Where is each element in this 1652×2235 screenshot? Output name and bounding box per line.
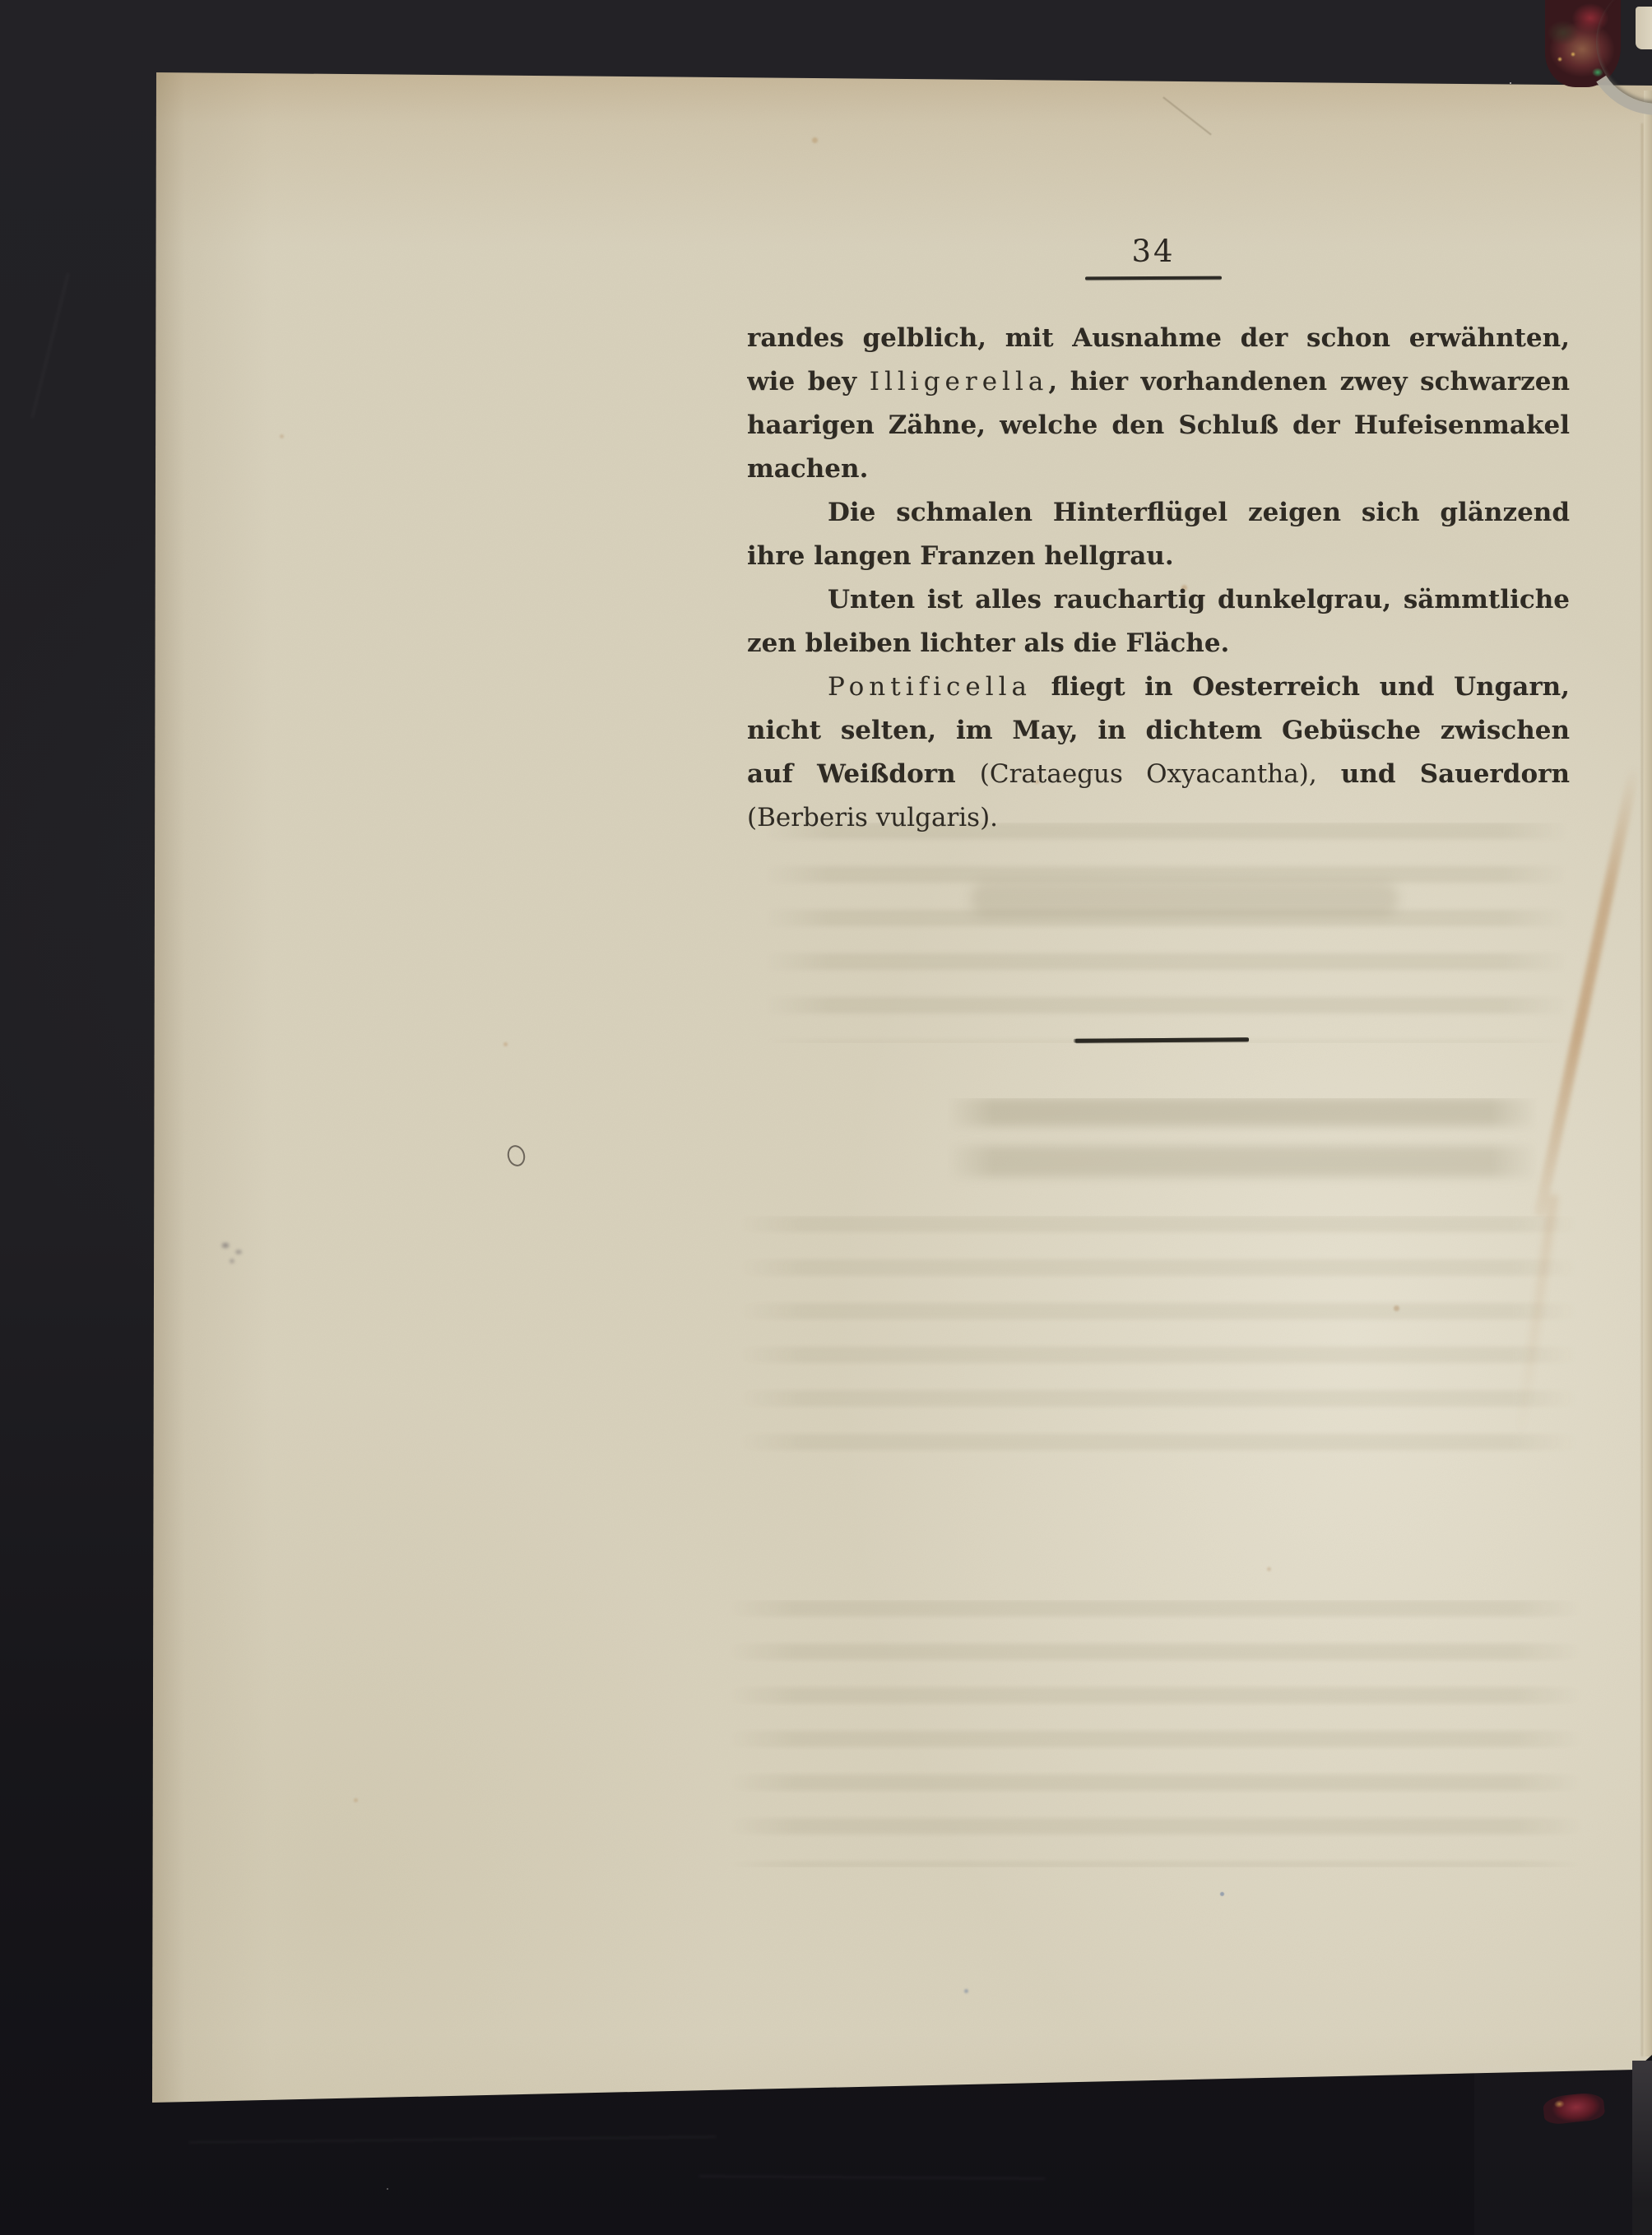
- dust-speck: [387, 2188, 388, 2190]
- text-block: randes gelblich, mit Ausnahme der schon …: [747, 317, 1570, 840]
- dust-speck: [1510, 82, 1511, 84]
- text-segment-fraktur: machen.: [747, 454, 868, 484]
- text-line: randes gelblich, mit Ausnahme der schon …: [747, 317, 1570, 360]
- text-segment-roman-spaced: Pontificella: [828, 672, 1032, 702]
- text-line: Unten ist alles rauchartig dunkelgrau, s…: [747, 578, 1570, 622]
- text-segment-fraktur: Die schmalen Hinterflügel zeigen sich gl…: [747, 498, 1570, 535]
- book-page: 34 randes gelblich, mit Ausnahme der sch…: [0, 0, 1652, 2235]
- text-segment-fraktur: randes gelblich, mit Ausnahme der schon …: [747, 323, 1570, 360]
- page-fore-edge-line: [1641, 123, 1643, 2056]
- text-line: (Berberis vulgaris).: [747, 796, 1570, 840]
- bleedthrough-text-ghost: [971, 882, 1399, 916]
- text-segment-roman: (Berberis vulgaris).: [747, 803, 998, 832]
- ink-smudge: [216, 1234, 253, 1267]
- cloth-crease: [699, 2176, 1045, 2180]
- text-segment-fraktur: nicht selten, im May, in dichtem Gebüsch…: [747, 716, 1570, 753]
- text-line: wie bey Illigerella, hier vorhandenen zw…: [747, 360, 1570, 404]
- text-line: ihre langen Franzen hellgrau.: [747, 535, 1570, 578]
- text-segment-fraktur: wie bey: [747, 367, 870, 396]
- text-line: Die schmalen Hinterflügel zeigen sich gl…: [747, 491, 1570, 535]
- cloth-crease: [189, 2136, 716, 2144]
- text-segment-roman: (Crataegus Oxyacantha),: [980, 759, 1317, 789]
- text-segment-fraktur: , hier vorhandenen zwey schwarzen: [1048, 367, 1570, 396]
- text-segment-roman-spaced: Illigerella: [870, 367, 1049, 396]
- text-segment-fraktur: zen bleiben lichter als die Fläche.: [747, 628, 1229, 658]
- text-line: Pontificella fliegt in Oesterreich und U…: [747, 665, 1570, 709]
- text-line: zen bleiben lichter als die Fläche.: [747, 622, 1570, 665]
- text-line: nicht selten, im May, in dichtem Gebüsch…: [747, 709, 1570, 753]
- curled-page-paper: [1636, 7, 1652, 49]
- foxing-dots: [0, 0, 4, 4]
- page-stack-edge: [1644, 90, 1652, 2056]
- text-segment-fraktur: und Sauerdorn: [1317, 759, 1570, 789]
- cloth-crease: [31, 273, 68, 417]
- text-segment-fraktur: ihre langen Franzen hellgrau.: [747, 541, 1174, 571]
- book-board-edge: [1632, 2061, 1652, 2235]
- book-shadow-column: [1474, 2066, 1634, 2235]
- text-segment-fraktur: haarigen Zähne, welche den Schluß der Hu…: [747, 410, 1570, 440]
- text-line: machen.: [747, 447, 1570, 491]
- text-line: haarigen Zähne, welche den Schluß der Hu…: [747, 404, 1570, 447]
- text-segment-fraktur: Unten ist alles rauchartig dunkelgrau, s…: [747, 585, 1570, 622]
- page-number: 34: [1084, 233, 1223, 271]
- text-line: auf Weißdorn (Crataegus Oxyacantha), und…: [747, 753, 1570, 796]
- text-segment-fraktur: auf Weißdorn: [747, 759, 980, 789]
- scanned-book-photo: 34 randes gelblich, mit Ausnahme der sch…: [0, 0, 1652, 2235]
